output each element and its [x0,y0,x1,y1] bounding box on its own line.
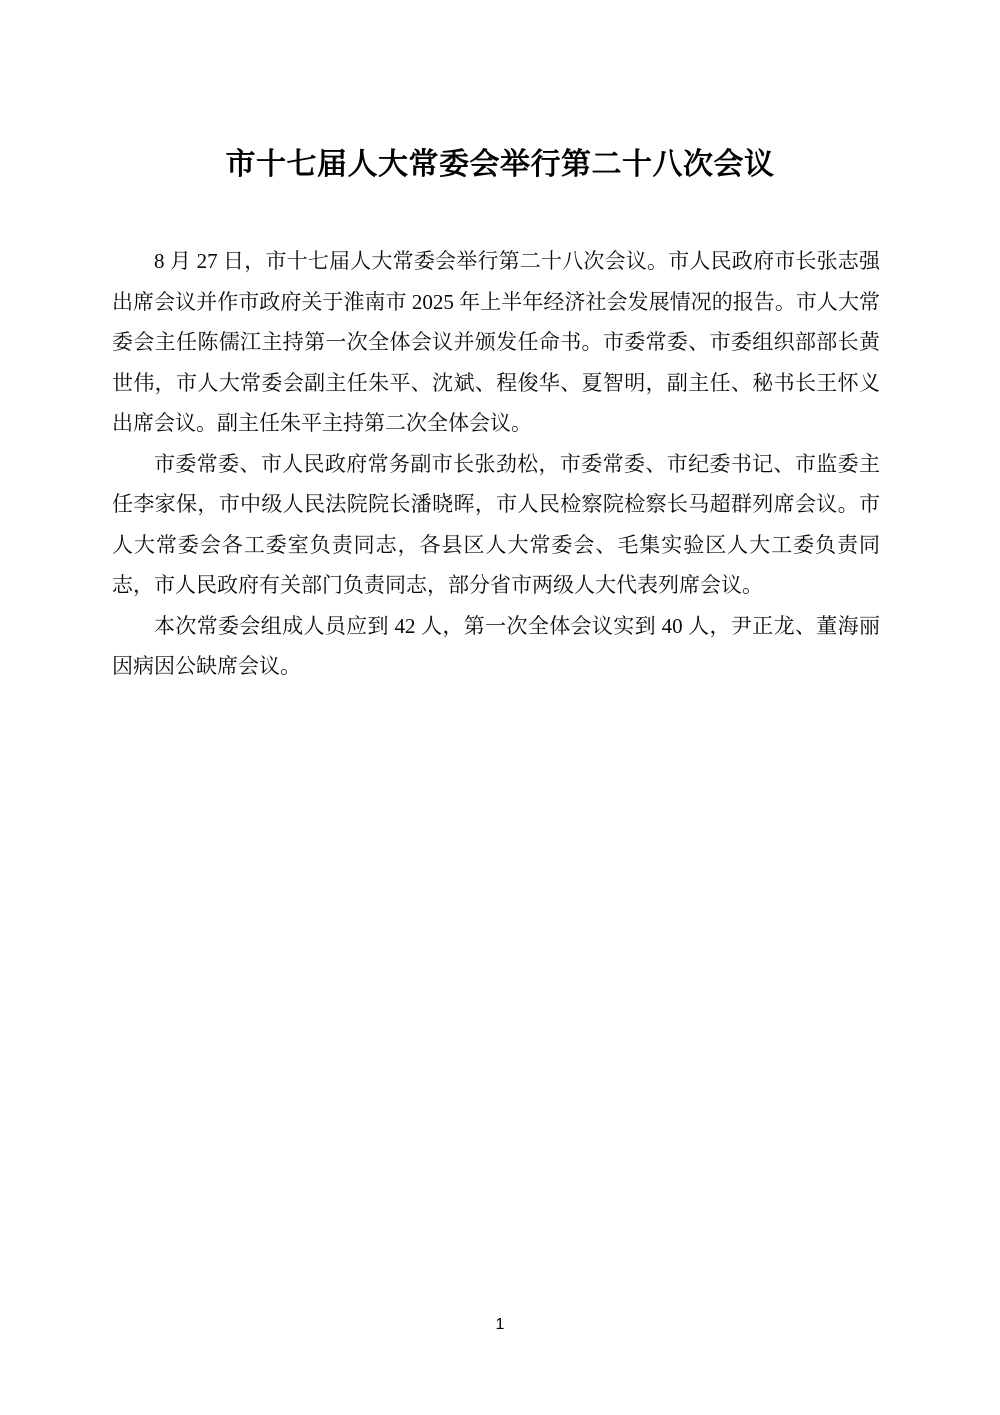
document-page: 市十七届人大常委会举行第二十八次会议 8 月 27 日，市十七届人大常委会举行第… [0,0,1000,1415]
page-number: 1 [0,1315,1000,1335]
document-title: 市十七届人大常委会举行第二十八次会议 [0,0,1000,184]
document-body: 8 月 27 日，市十七届人大常委会举行第二十八次会议。市人民政府市长张志强出席… [112,241,880,687]
paragraph-2: 市委常委、市人民政府常务副市长张劲松，市委常委、市纪委书记、市监委主任李家保，市… [112,444,880,606]
paragraph-1: 8 月 27 日，市十七届人大常委会举行第二十八次会议。市人民政府市长张志强出席… [112,241,880,444]
paragraph-3: 本次常委会组成人员应到 42 人，第一次全体会议实到 40 人，尹正龙、董海丽因… [112,606,880,687]
